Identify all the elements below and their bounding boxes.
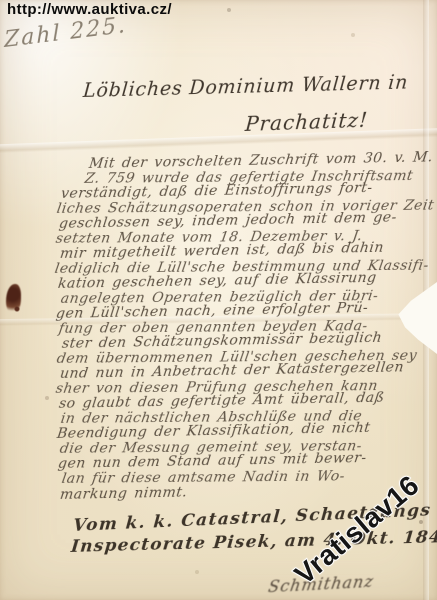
recipient-line-2: Prachatitz!	[244, 108, 369, 136]
reference-number: Zahl 225.	[4, 13, 127, 53]
recipient-line-1: Löbliches Dominium Wallern in	[82, 71, 409, 102]
ink-stain-dot	[14, 306, 20, 312]
paper-specks	[0, 0, 2, 2]
source-url-overlay: http://www.auktiva.cz/	[7, 1, 172, 18]
handwriting-line: lan für diese amtsame Nadin in Wo-	[61, 469, 347, 487]
paper-tear-notch	[395, 282, 437, 354]
scanned-letter-page: http://www.auktiva.cz/ Zahl 225. Löblich…	[0, 0, 437, 600]
handwriting-line: markung nimmt.	[59, 485, 188, 503]
